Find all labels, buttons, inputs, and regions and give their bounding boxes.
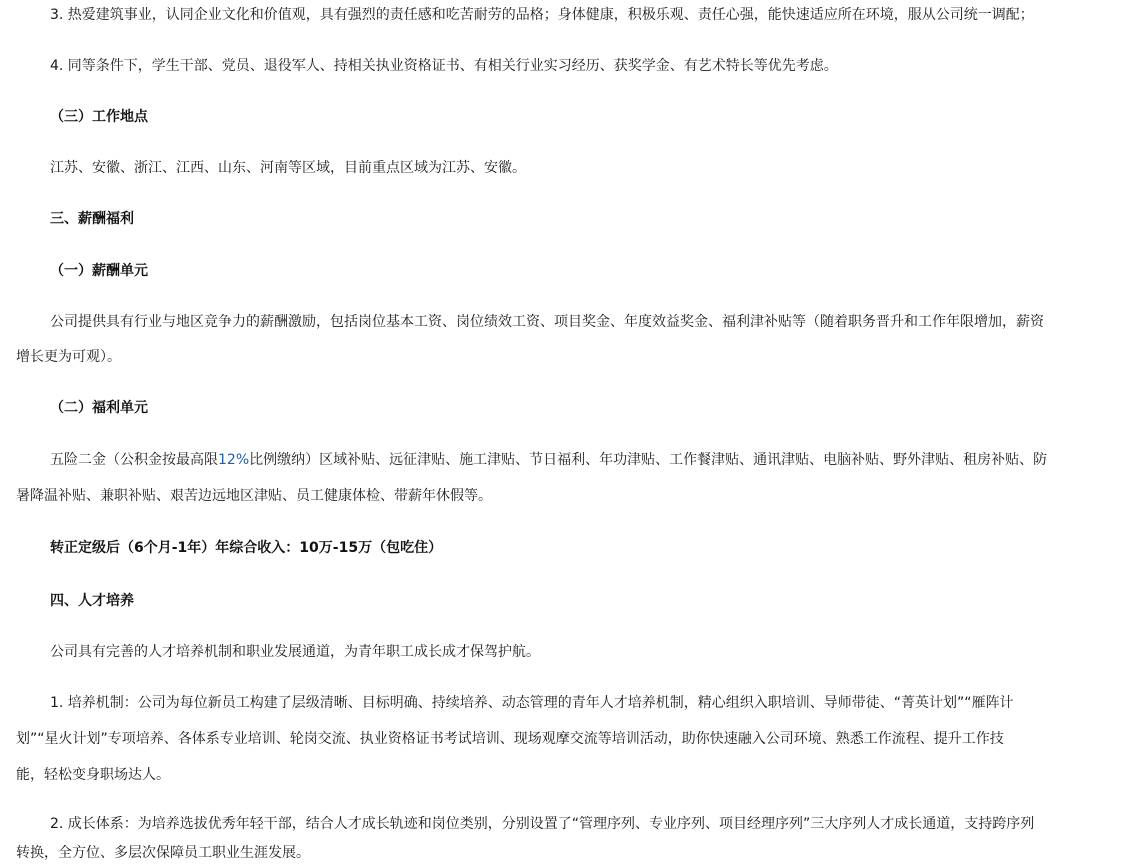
talent-intro: 公司具有完善的人才培养机制和职业发展通道，为青年职工成长成才保驾护航。 — [50, 643, 540, 661]
work-location-heading: （三）工作地点 — [50, 108, 148, 126]
welfare-unit-text-line2: 暑降温补贴、兼职补贴、艰苦边远地区津贴、员工健康体检、带薪年休假等。 — [16, 487, 492, 505]
welfare-suffix: 比例缴纳）区域补贴、远征津贴、施工津贴、节日福利、年功津贴、工作餐津贴、通讯津贴… — [249, 452, 1047, 468]
annual-income: 转正定级后（6个月-1年）年综合收入：10万-15万（包吃住） — [50, 539, 442, 557]
welfare-unit-heading: （二）福利单元 — [50, 399, 148, 417]
welfare-prefix: 五险二金（公积金按最高限 — [50, 452, 218, 468]
compensation-heading: 三、薪酬福利 — [50, 210, 134, 228]
salary-unit-heading: （一）薪酬单元 — [50, 262, 148, 280]
salary-unit-text-line1: 公司提供具有行业与地区竞争力的薪酬激励，包括岗位基本工资、岗位绩效工资、项目奖金… — [50, 313, 1044, 331]
training-mechanism-line2: 划”“星火计划”专项培养、各体系专业培训、轮岗交流、执业资格证书考试培训、现场观… — [16, 730, 1004, 748]
growth-system-line2: 转换，全方位、多层次保障员工职业生涯发展。 — [16, 844, 310, 862]
requirement-item-4: 4. 同等条件下，学生干部、党员、退役军人、持相关执业资格证书、有相关行业实习经… — [50, 57, 838, 75]
training-mechanism-line1: 1. 培养机制：公司为每位新员工构建了层级清晰、目标明确、持续培养、动态管理的青… — [50, 694, 1014, 712]
talent-heading: 四、人才培养 — [50, 592, 134, 610]
work-location-text: 江苏、安徽、浙江、江西、山东、河南等区域，目前重点区域为江苏、安徽。 — [50, 159, 526, 177]
training-mechanism-line3: 能，轻松变身职场达人。 — [16, 766, 170, 784]
housing-fund-rate: 12% — [218, 452, 249, 468]
salary-unit-text-line2: 增长更为可观）。 — [16, 348, 121, 366]
welfare-unit-text-line1: 五险二金（公积金按最高限12%比例缴纳）区域补贴、远征津贴、施工津贴、节日福利、… — [50, 451, 1047, 469]
requirement-item-3: 3. 热爱建筑事业，认同企业文化和价值观，具有强烈的责任感和吃苦耐劳的品格；身体… — [50, 6, 1034, 24]
growth-system-line1: 2. 成长体系：为培养选拔优秀年轻干部，结合人才成长轨迹和岗位类别，分别设置了“… — [50, 815, 1034, 833]
